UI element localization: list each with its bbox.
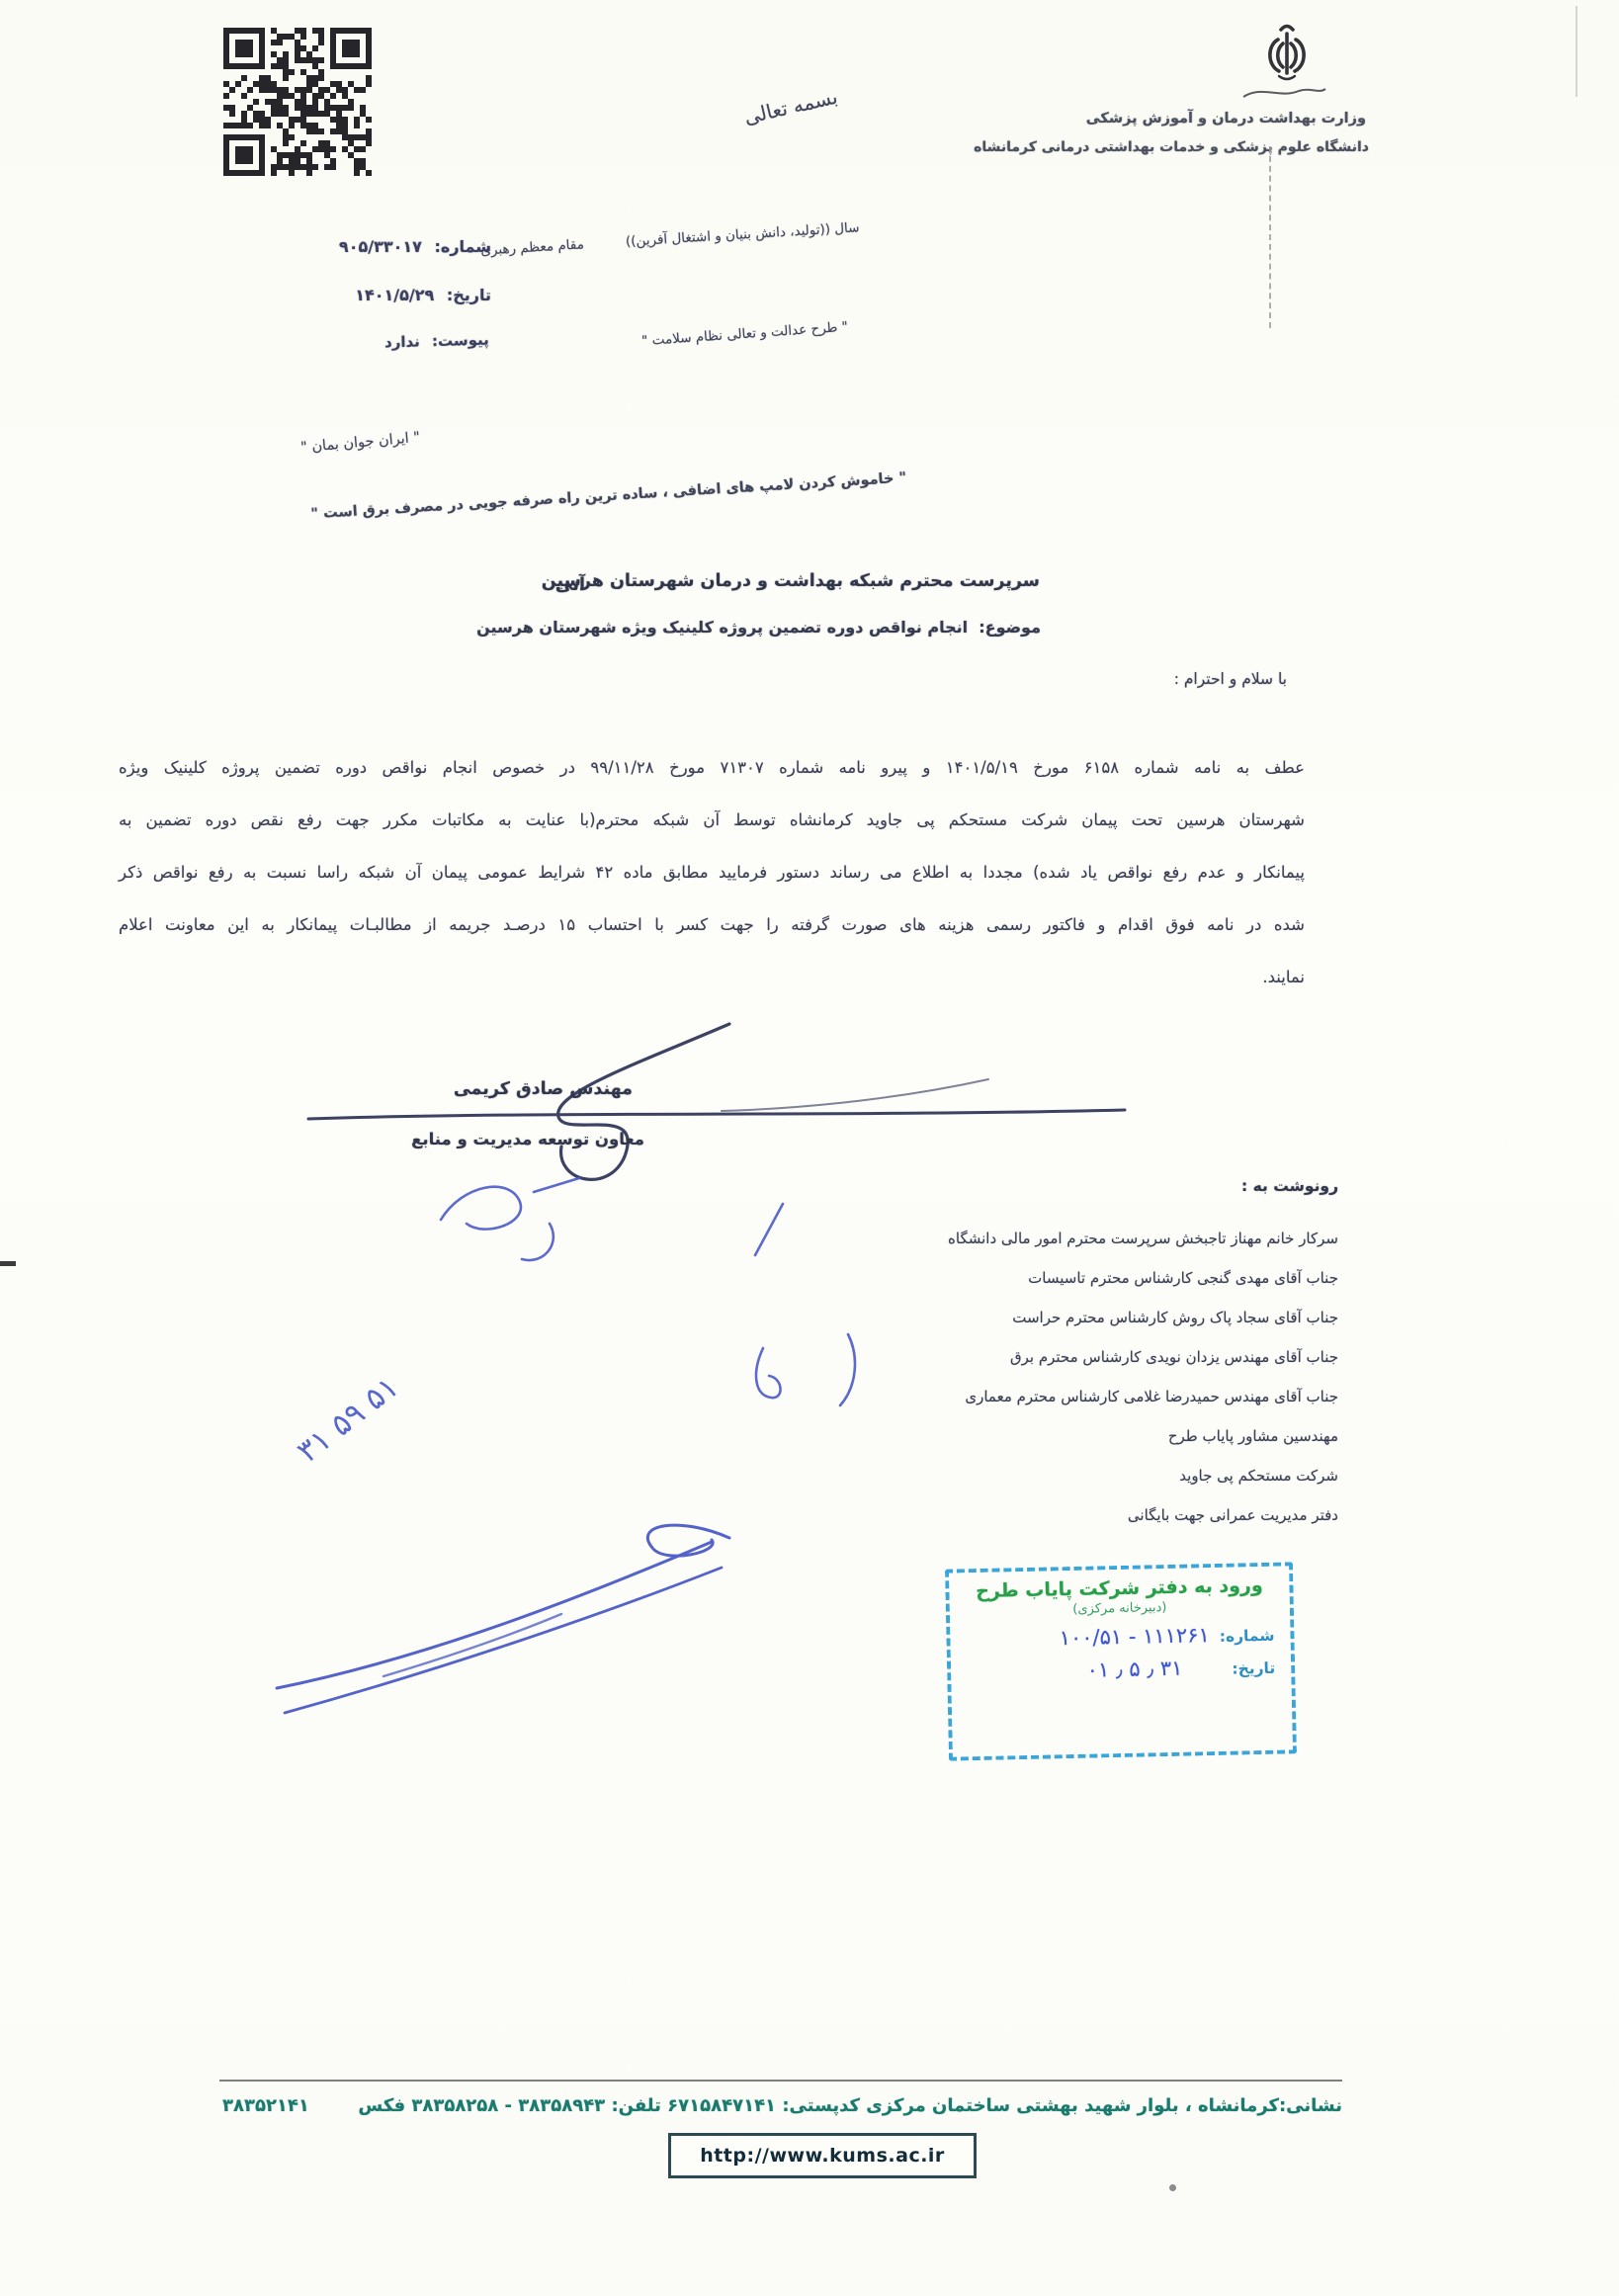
scan-artifact-dash — [0, 1261, 16, 1266]
subject-label: موضوع: — [979, 618, 1041, 637]
besmele: بسمه تعالی — [742, 84, 840, 128]
cc-item: جناب آقای مهندس حمیدرضا غلامی کارشناس مح… — [948, 1377, 1338, 1416]
scanned-letter-page: وزارت بهداشت درمان و آموزش پزشکی دانشگاه… — [0, 0, 1619, 2296]
scan-artifact-dot — [1169, 2184, 1176, 2191]
letter-attachment-row: پیوست: ندارد — [384, 331, 489, 352]
stamp-date-row: تاریخ: ۰۱ ٫ ۵ ٫ ۳۱ — [961, 1655, 1281, 1685]
letter-attachment-value: ندارد — [384, 332, 420, 351]
body-line: عطف به نامه شماره ۶۱۵۸ مورخ ۱۴۰۱/۵/۱۹ و … — [119, 741, 1305, 794]
letter-date-value: ۱۴۰۱/۵/۲۹ — [355, 286, 434, 304]
stamp-date-value: ۰۱ ٫ ۵ ٫ ۳۱ — [1086, 1657, 1182, 1682]
scan-artifact-edge — [1576, 6, 1577, 97]
ministry-line-1: وزارت بهداشت درمان و آموزش پزشکی — [1086, 111, 1366, 127]
stamp-number-row: شماره: ۱۰۰/۵۱ - ۱۱۱۲۶۱ — [960, 1622, 1280, 1653]
iran-slogan: " ایران جوان بمان " — [299, 430, 420, 456]
cc-item: شرکت مستحکم پی جاوید — [948, 1456, 1338, 1495]
letter-number-row: شماره: ۹۰۵/۳۳۰۱۷ — [339, 237, 491, 256]
cc-item: سرکار خانم مهناز تاجبخش سرپرست محترم امو… — [948, 1219, 1338, 1258]
cc-item: جناب آقای مهدی گنجی کارشناس محترم تاسیسا… — [948, 1258, 1338, 1298]
urgency-label: آنی — [555, 575, 585, 595]
letter-number-value: ۹۰۵/۳۳۰۱۷ — [339, 237, 422, 256]
subject-text: انجام نواقص دوره تضمین پروژه کلینیک ویژه… — [476, 618, 968, 637]
year-slogan-attrib: مقام معظم رهبری — [480, 236, 584, 258]
stamp-number-label: شماره: — [1220, 1627, 1275, 1646]
year-slogan: سال ((تولید، دانش بنیان و اشتغال آفرین))… — [480, 219, 860, 258]
entry-stamp: ورود به دفتر شرکت پایاب طرح (دبیرخانه مر… — [945, 1562, 1297, 1760]
iran-national-emblem-icon — [1257, 24, 1317, 87]
header-divider — [1269, 146, 1271, 328]
body-line: نمایند. — [119, 951, 1305, 1003]
pen-scrawl — [423, 1158, 591, 1282]
qr-code — [223, 28, 372, 176]
website-url-box: http://www.kums.ac.ir — [668, 2133, 977, 2178]
salutation: با سلام و احترام : — [1174, 670, 1287, 688]
subject-row: موضوع: انجام نواقص دوره تضمین پروژه کلین… — [476, 618, 1041, 637]
signature-title: معاون توسعه مدیریت و منابع — [411, 1130, 644, 1148]
footer-contact: نشانی:کرمانشاه ، بلوار شهید بهشتی ساختما… — [222, 2095, 1342, 2116]
letter-number-label: شماره: — [434, 237, 491, 256]
year-slogan-text: سال ((تولید، دانش بنیان و اشتغال آفرین)) — [626, 219, 860, 249]
cc-item: دفتر مدیریت عمرانی جهت بایگانی — [948, 1495, 1338, 1535]
recipient-line: سرپرست محترم شبکه بهداشت و درمان شهرستان… — [542, 571, 1040, 591]
cc-item: مهندسین مشاور پایاب طرح — [948, 1416, 1338, 1456]
body-paragraph: عطف به نامه شماره ۶۱۵۸ مورخ ۱۴۰۱/۵/۱۹ و … — [119, 741, 1305, 1003]
health-plan-slogan: " طرح عدالت و تعالی نظام سلامت " — [641, 319, 849, 350]
website-url: http://www.kums.ac.ir — [700, 2145, 945, 2167]
cc-item: جناب آقای مهندس یزدان نویدی کارشناس محتر… — [948, 1337, 1338, 1377]
emblem-scribble — [1241, 83, 1328, 103]
energy-slogan: " خاموش کردن لامپ های اضافی ، ساده ترین … — [310, 470, 906, 523]
footer-address: نشانی:کرمانشاه ، بلوار شهید بهشتی ساختما… — [358, 2095, 1342, 2116]
footer-fax: ۳۸۳۵۲۱۴۱ — [222, 2095, 309, 2116]
body-line: پیمانکار و عدم رفع نواقص یاد شده) مجددا … — [119, 846, 1305, 898]
pen-marks-cc — [749, 1198, 868, 1410]
footer-rule — [219, 2080, 1342, 2082]
letter-attachment-label: پیوست: — [432, 331, 489, 351]
ministry-line-2: دانشگاه علوم پزشکی و خدمات بهداشتی درمان… — [974, 139, 1369, 155]
letter-date-label: تاریخ: — [447, 286, 491, 304]
cc-item: جناب آقای سجاد پاک روش کارشناس محترم حرا… — [948, 1298, 1338, 1337]
body-line: شهرستان هرسین تحت پیمان شرکت مستحکم پی ج… — [119, 794, 1305, 846]
cc-label: رونوشت به : — [1241, 1177, 1338, 1195]
cc-list: سرکار خانم مهناز تاجبخش سرپرست محترم امو… — [948, 1219, 1338, 1535]
signature-name: مهندس صادق کریمی — [454, 1079, 633, 1099]
pen-swirl-signature — [265, 1510, 759, 1733]
stamp-number-value: ۱۰۰/۵۱ - ۱۱۱۲۶۱ — [1059, 1623, 1210, 1650]
letter-date-row: تاریخ: ۱۴۰۱/۵/۲۹ — [355, 286, 491, 304]
stamp-date-label: تاریخ: — [1232, 1659, 1275, 1678]
body-line: شده در نامه فوق اقدام و فاکتور رسمی هزین… — [119, 898, 1305, 951]
pen-numbers: ۳۱ ۵۹ ۵۱ — [291, 1369, 405, 1470]
